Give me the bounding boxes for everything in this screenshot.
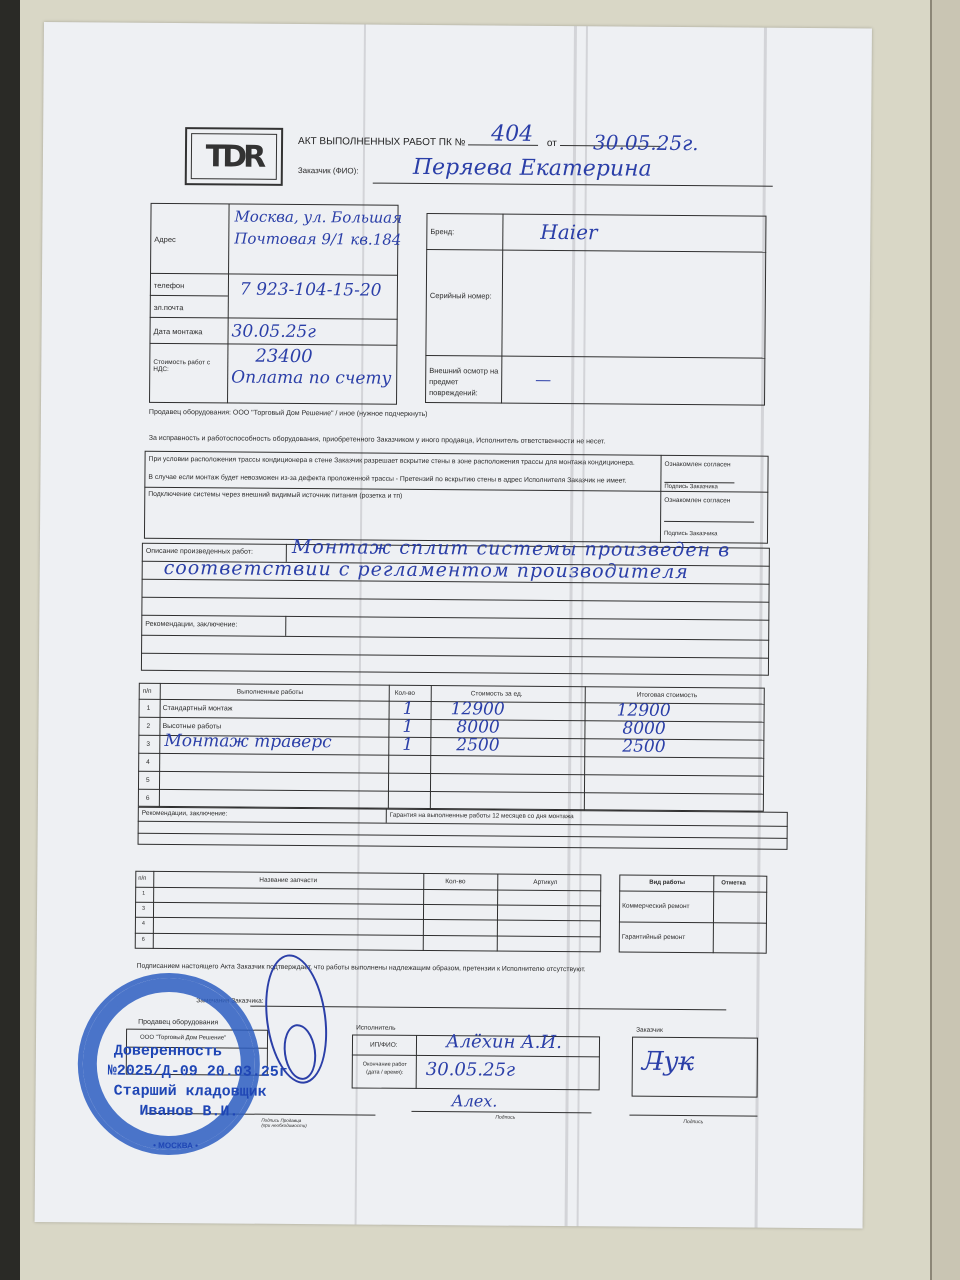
seller-sign-label: Подпись Продавца (при необходимости) <box>261 1118 309 1128</box>
brand-label: Бренд: <box>430 227 454 236</box>
warranty-repair-label: Гарантийный ремонт <box>622 934 685 941</box>
warranty-text: Гарантия на выполненные работы 12 месяце… <box>390 812 574 820</box>
brand-value: Haier <box>540 220 597 244</box>
row-number: 2 <box>146 723 150 730</box>
work-name: Стандартный монтаж <box>163 705 233 713</box>
responsibility-line: За исправность и работоспособность обору… <box>149 435 606 446</box>
executor-label: Исполнитель <box>356 1024 395 1031</box>
row-number: 6 <box>146 795 150 802</box>
customer-sign-label-1: Подпись Заказчика <box>664 484 718 490</box>
address-label: Адрес <box>154 235 176 244</box>
cost-note: Оплата по счету <box>231 367 391 388</box>
inspection-label: Внешний осмотр на предмет повреждений: <box>429 365 499 399</box>
phone-value: 7 923-104-15-20 <box>240 280 382 301</box>
act-document: TDR АКТ ВЫПОЛНЕННЫХ РАБОТ ПК № от 404 30… <box>35 22 872 1228</box>
stamp-line4: Иванов В.И. <box>139 1103 238 1121</box>
executor-sign-label: Подпись <box>495 1115 515 1121</box>
customer-label: Заказчик (ФИО): <box>298 166 359 175</box>
act-date: 30.05.25г. <box>593 130 699 155</box>
parts-header-article: Артикул <box>533 879 557 886</box>
stamp-line3: Старший кладовщик <box>114 1083 267 1101</box>
address-line1: Москва, ул. Большая <box>234 208 402 227</box>
parts-row-number: 3 <box>142 906 145 912</box>
customer-footer-label: Заказчик <box>636 1027 663 1034</box>
address-line2: Почтовая 9/1 кв.184 <box>234 230 401 249</box>
inspection-value: — <box>535 370 551 389</box>
executor-fio-label: ИП/ФИО: <box>370 1042 398 1049</box>
row-number: 3 <box>146 741 150 748</box>
works-header-number: п/п <box>143 688 152 695</box>
executor-fio-value: Алёхин А.И. <box>446 1031 562 1053</box>
works-header-name: Выполненные работы <box>237 689 303 697</box>
work-unit-price: 2500 <box>456 735 499 755</box>
stamp-line2: №2025/Д-09 20.03.25г <box>108 1063 288 1081</box>
commercial-repair-label: Коммерческий ремонт <box>622 903 690 911</box>
work-qty: 1 <box>402 735 413 755</box>
agreed-label-2: Ознакомлен согласен <box>664 497 730 505</box>
end-label: Окончание работ (дата / время): <box>356 1060 414 1076</box>
background-wall-right <box>930 0 960 1280</box>
row-number: 4 <box>146 759 150 766</box>
work-type-header: Вид работы <box>649 880 685 886</box>
works-header-qty: Кол-во <box>395 690 415 697</box>
parts-header-qty: Кол-во <box>445 878 465 885</box>
parts-header-name: Название запчасти <box>259 877 317 884</box>
description-recommendations-label: Рекомендации, заключение: <box>145 621 237 629</box>
parts-row-number: 6 <box>142 937 145 943</box>
table-row: 3 Монтаж траверс 1 2500 2500 <box>44 22 872 29</box>
customer-sign-label-2: Подпись Заказчика <box>664 531 718 537</box>
logo-icon: TDR <box>191 133 277 180</box>
customer-name: Перяева Екатерина <box>413 155 652 182</box>
parts-row-number: 4 <box>142 921 145 927</box>
stamp-line1: Доверенность <box>114 1043 222 1061</box>
date-prefix: от <box>547 138 557 149</box>
description-line2: соответствии с регламентом производителя <box>164 557 689 583</box>
parts-row-number: 1 <box>142 891 145 897</box>
install-date-label: Дата монтажа <box>154 327 203 336</box>
table-row: 1 Стандартный монтаж 1 12900 12900 <box>44 22 872 29</box>
executor-signature: Алех. <box>451 1091 497 1110</box>
table-row: 4 <box>44 22 872 29</box>
company-logo: TDR <box>185 127 283 186</box>
works-recommendations-label: Рекомендации, заключение: <box>142 810 228 818</box>
customer-signature: Л̶ук̶ <box>642 1047 695 1077</box>
mark-header: Отметка <box>721 880 746 886</box>
description-label: Описание произведенных работ: <box>146 548 253 556</box>
works-header-unit-price: Стоимость за ед. <box>471 690 523 697</box>
table-row: 6 <box>44 22 872 29</box>
parts-header-number: п/п <box>138 876 146 882</box>
cost-label: Стоимость работ с НДС: <box>153 359 225 374</box>
parts-table <box>135 871 602 953</box>
table-row: 5 <box>44 22 872 29</box>
act-number: 404 <box>491 122 533 147</box>
table-row: 2 Высотные работы 1 8000 8000 <box>44 22 872 29</box>
row-number: 5 <box>146 777 150 784</box>
customer-sign-label: Подпись <box>683 1119 703 1125</box>
stamp-city: • МОСКВА • <box>153 1141 198 1150</box>
work-name: Высотные работы <box>162 723 221 730</box>
row-number: 1 <box>147 705 151 712</box>
background-wall-left <box>0 0 20 1280</box>
work-total: 2500 <box>622 737 665 757</box>
email-label: эл.почта <box>154 303 184 312</box>
confirmation-text: Подписанием настоящего Акта Заказчик под… <box>137 963 586 974</box>
act-title-label: АКТ ВЫПОЛНЕННЫХ РАБОТ ПК № <box>298 136 465 148</box>
seller-line: Продавец оборудования: ООО "Торговый Дом… <box>149 409 428 418</box>
serial-label: Серийный номер: <box>430 291 500 301</box>
install-date-value: 30.05.25г <box>231 321 315 342</box>
agreed-label-1: Ознакомлен согласен <box>665 461 731 469</box>
phone-label: телефон <box>154 281 184 290</box>
works-header-total: Итоговая стоимость <box>637 692 698 699</box>
cost-value: 23400 <box>255 346 312 367</box>
end-value: 30.05.25г <box>426 1059 515 1081</box>
work-name: Монтаж траверс <box>164 731 331 752</box>
